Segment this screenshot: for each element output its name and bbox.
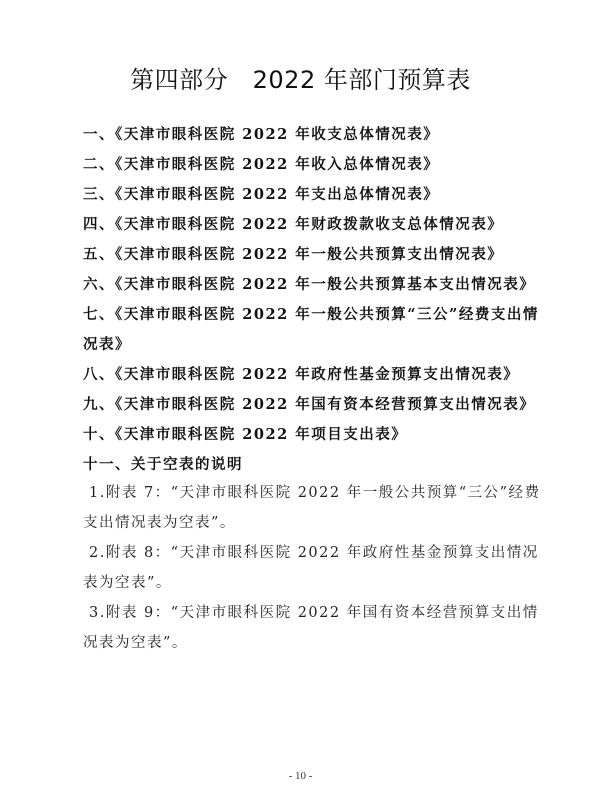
- toc-item-11: 十一、关于空表的说明: [83, 450, 553, 480]
- toc-item-3: 三、《天津市眼科医院 2022 年支出总体情况表》: [83, 180, 553, 210]
- page-title: 第四部分 2022 年部门预算表: [0, 60, 601, 95]
- page-number: - 10 -: [0, 770, 601, 782]
- note-1: 1.附表 7：“天津市眼科医院 2022 年一般公共预算“三公”经费支出情况表为…: [83, 478, 543, 538]
- toc-item-6: 六、《天津市眼科医院 2022 年一般公共预算基本支出情况表》: [83, 270, 553, 300]
- toc-item-7: 七、《天津市眼科医院 2022 年一般公共预算“三公”经费支出情况表》: [83, 300, 543, 360]
- toc-item-9: 九、《天津市眼科医院 2022 年国有资本经营预算支出情况表》: [83, 390, 553, 420]
- toc-item-8: 八、《天津市眼科医院 2022 年政府性基金预算支出情况表》: [83, 360, 553, 390]
- empty-table-notes: 1.附表 7：“天津市眼科医院 2022 年一般公共预算“三公”经费支出情况表为…: [83, 478, 543, 658]
- toc-item-10: 十、《天津市眼科医院 2022 年项目支出表》: [83, 420, 553, 450]
- note-2: 2.附表 8：“天津市眼科医院 2022 年政府性基金预算支出情况表为空表”。: [83, 538, 543, 598]
- toc-item-4: 四、《天津市眼科医院 2022 年财政拨款收支总体情况表》: [83, 210, 553, 240]
- note-3: 3.附表 9：“天津市眼科医院 2022 年国有资本经营预算支出情况表为空表”。: [83, 598, 543, 658]
- table-of-contents: 一、《天津市眼科医院 2022 年收支总体情况表》 二、《天津市眼科医院 202…: [83, 120, 553, 480]
- toc-item-5: 五、《天津市眼科医院 2022 年一般公共预算支出情况表》: [83, 240, 553, 270]
- toc-item-1: 一、《天津市眼科医院 2022 年收支总体情况表》: [83, 120, 553, 150]
- toc-item-2: 二、《天津市眼科医院 2022 年收入总体情况表》: [83, 150, 553, 180]
